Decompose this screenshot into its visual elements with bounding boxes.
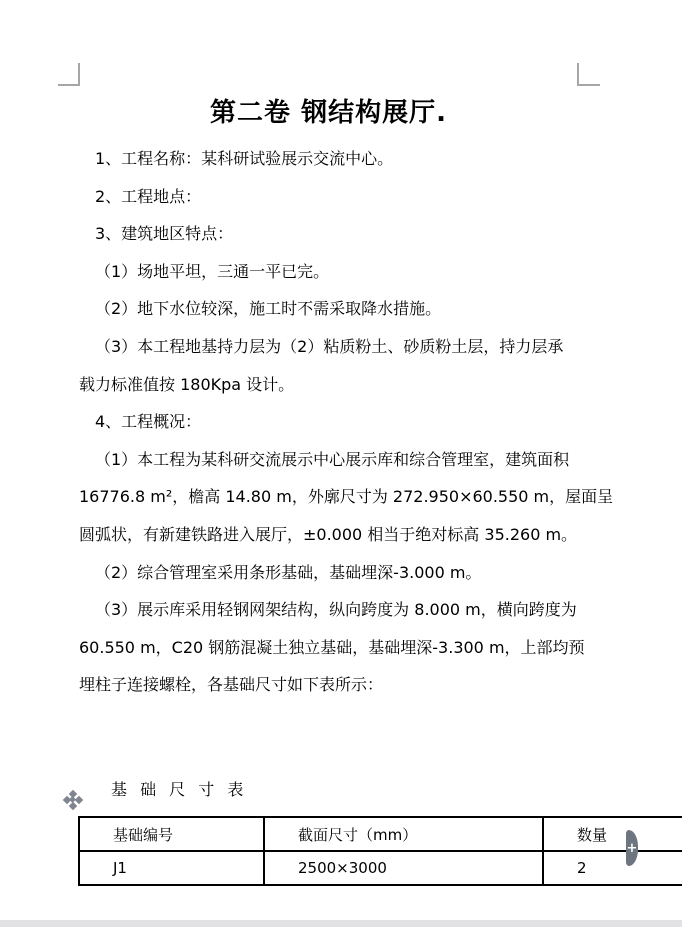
document-line: 2、工程地点： [79,178,589,216]
document-line: 3、建筑地区特点： [79,215,589,253]
plus-icon: + [627,842,638,855]
table-row: J12500×30002 [79,851,682,885]
margin-crop-mark-top-left-vertical [78,63,80,86]
document-line: （1）本工程为某科研交流展示中心展示库和综合管理室，建筑面积 [79,441,589,479]
margin-crop-mark-top-left-horizontal [58,84,80,86]
move-handle-diamond [69,802,77,810]
document-body: 1、工程名称：某科研试验展示交流中心。2、工程地点：3、建筑地区特点：（1）场地… [79,140,589,704]
table-header-cell: 数量 [543,817,682,851]
table-body: J12500×30002 [79,851,682,885]
table-header-cell: 截面尺寸（mm） [264,817,543,851]
document-page: { "document": { "title": "第二卷 钢结构展厅.", "… [0,0,682,927]
document-title: 第二卷 钢结构展厅. [79,92,578,129]
document-line: （2）地下水位较深，施工时不需采取降水措施。 [79,290,589,328]
margin-crop-mark-top-right-horizontal [577,84,600,86]
move-handle-diamond [75,796,83,804]
document-line: 60.550 m，C20 钢筋混凝土独立基础，基础埋深-3.300 m，上部均预 [79,629,589,667]
table-cell: J1 [79,851,264,885]
table-cell: 2500×3000 [264,851,543,885]
document-line: 埋柱子连接螺栓，各基础尺寸如下表所示： [79,666,589,704]
foundation-dimensions-table: 基础编号截面尺寸（mm）数量 J12500×30002 [78,816,682,886]
table-move-handle-icon[interactable] [64,791,82,809]
document-line: （1）场地平坦，三通一平已完。 [79,253,589,291]
document-line: 圆弧状，有新建铁路进入展厅，±0.000 相当于绝对标高 35.260 m。 [79,516,589,554]
document-line: 16776.8 m²，檐高 14.80 m，外廓尺寸为 272.950×60.5… [79,478,589,516]
move-handle-diamond [69,796,76,803]
document-line: （3）展示库采用轻钢网架结构，纵向跨度为 8.000 m，横向跨度为 [79,591,589,629]
table-caption: 基 础 尺 寸 表 [111,777,247,800]
document-line: （2）综合管理室采用条形基础，基础埋深-3.000 m。 [79,554,589,592]
table-header-cell: 基础编号 [79,817,264,851]
horizontal-scrollbar-track [0,920,682,927]
margin-crop-mark-top-right-vertical [577,63,579,86]
document-line: 4、工程概况： [79,403,589,441]
document-line: （3）本工程地基持力层为（2）粘质粉土、砂质粉土层，持力层承 [79,328,589,366]
table-cell: 2 [543,851,682,885]
document-line: 1、工程名称：某科研试验展示交流中心。 [79,140,589,178]
document-line: 载力标准值按 180Kpa 设计。 [79,366,589,404]
table-header-row: 基础编号截面尺寸（mm）数量 [79,817,682,851]
